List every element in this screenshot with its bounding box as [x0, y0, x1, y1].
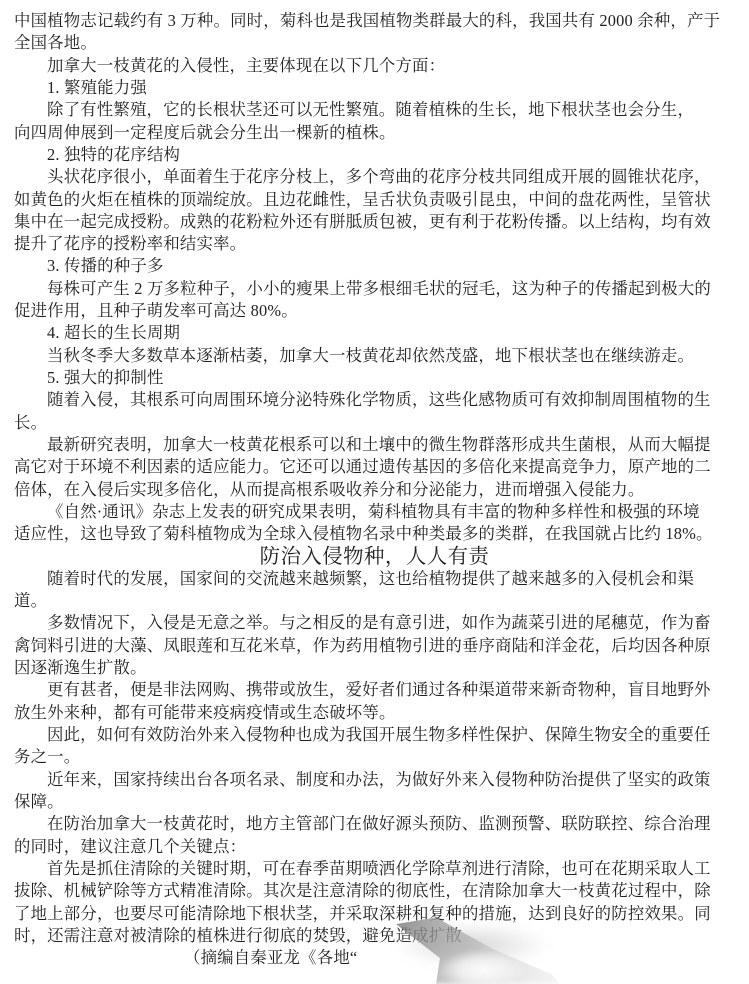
text-line: 保障。 [14, 791, 735, 813]
text-line: 因此，如何有效防治外来入侵物种也成为我国开展生物多样性保护、保障生物安全的重要任 [14, 724, 735, 746]
text-line: 适应性，这也导致了菊科植物成为全球入侵植物名录中种类最多的类群，在我国就占比约 … [14, 523, 735, 545]
text-line: 3. 传播的种子多 [14, 255, 735, 277]
text-line: 务之一。 [14, 746, 735, 768]
text-line: 每株可产生 2 万多粒种子，小小的瘦果上带多根细毛状的冠毛，这为种子的传播起到极… [14, 278, 735, 300]
text-line: 因逐渐逸生扩散。 [14, 657, 735, 679]
document-text: 中国植物志记载约有 3 万种。同时，菊科也是我国植物类群最大的科，我国共有 20… [14, 10, 735, 969]
text-line: 禽饲料引进的大藻、凤眼莲和互花米草，作为药用植物引进的垂序商陆和洋金花，后均因各… [14, 635, 735, 657]
text-line: 时，还需注意对被清除的植株进行彻底的焚毁，避免造成扩散 [14, 925, 735, 947]
text-line: 除了有性繁殖，它的长根状茎还可以无性繁殖。随着植株的生长，地下根状茎也会分生， [14, 99, 735, 121]
document-page: 中国植物志记载约有 3 万种。同时，菊科也是我国植物类群最大的科，我国共有 20… [0, 0, 749, 984]
text-line: 向四周伸展到一定程度后就会分生出一棵新的植株。 [14, 122, 735, 144]
text-line: 2. 独特的花序结构 [14, 144, 735, 166]
text-line: 拔除、机械铲除等方式精准清除。其次是注意清除的彻底性，在清除加拿大一枝黄花过程中… [14, 880, 735, 902]
text-line: 在防治加拿大一枝黄花时，地方主管部门在做好源头预防、监测预警、联防联控、综合治理 [14, 813, 735, 835]
text-line: 促进作用，且种子萌发率可高达 80%。 [14, 300, 735, 322]
text-line: 近年来，国家持续出台各项名录、制度和办法，为做好外来入侵物种防治提供了坚实的政策 [14, 769, 735, 791]
text-line: 4. 超长的生长周期 [14, 322, 735, 344]
text-line: 集中在一起完成授粉。成熟的花粉粒外还有胼胝质包被，更有利于花粉传播。以上结构，均… [14, 211, 735, 233]
attribution-line: （摘编自秦亚龙《各地“ [14, 947, 735, 969]
text-line: 更有甚者，便是非法网购、携带或放生，爱好者们通过各种渠道带来新奇物种，盲目地野外 [14, 679, 735, 701]
text-line: 倍体，在入侵后实现多倍化，从而提高根系吸收养分和分泌能力，进而增强入侵能力。 [14, 479, 735, 501]
text-line: 中国植物志记载约有 3 万种。同时，菊科也是我国植物类群最大的科，我国共有 20… [14, 10, 735, 32]
text-line: 道。 [14, 590, 735, 612]
text-line: 的同时，建议注意几个关键点： [14, 836, 735, 858]
text-line: 高它对于环境不利因素的适应能力。它还可以通过遗传基因的多倍化来提高竞争力，原产地… [14, 456, 735, 478]
text-line: 最新研究表明，加拿大一枝黄花根系可以和土壤中的微生物群落形成共生菌根，从而大幅提 [14, 434, 735, 456]
text-line: 全国各地。 [14, 32, 735, 54]
text-line: 5. 强大的抑制性 [14, 367, 735, 389]
text-line: 当秋冬季大多数草本逐渐枯萎，加拿大一枝黄花却依然茂盛，地下根状茎也在继续游走。 [14, 345, 735, 367]
text-line: 1. 繁殖能力强 [14, 77, 735, 99]
text-line: 多数情况下，入侵是无意之举。与之相反的是有意引进，如作为蔬菜引进的尾穗苋，作为畜 [14, 612, 735, 634]
text-line: 提升了花序的授粉率和结实率。 [14, 233, 735, 255]
text-line: 如黄色的火炬在植株的顶端绽放。且边花雌性，呈舌状负责吸引昆虫，中间的盘花两性，呈… [14, 189, 735, 211]
text-line: 加拿大一枝黄花的入侵性，主要体现在以下几个方面： [14, 55, 735, 77]
text-line: 长。 [14, 412, 735, 434]
text-line: 首先是抓住清除的关键时期，可在春季苗期喷洒化学除草剂进行清除，也可在花期采取人工 [14, 858, 735, 880]
text-line: 放生外来种，都有可能带来疫病疫情或生态破坏等。 [14, 702, 735, 724]
text-line: 了地上部分，也要尽可能清除地下根状茎，并采取深耕和复种的措施，达到良好的防控效果… [14, 903, 735, 925]
text-line: 头状花序很小，单面着生于花序分枝上，多个弯曲的花序分枝共同组成开展的圆锥状花序， [14, 166, 735, 188]
text-line: 随着入侵，其根系可向周围环境分泌特殊化学物质，这些化感物质可有效抑制周围植物的生 [14, 389, 735, 411]
text-line: 《自然·通讯》杂志上发表的研究成果表明，菊科植物具有丰富的物种多样性和极强的环境 [14, 501, 735, 523]
text-line: 随着时代的发展，国家间的交流越来越频繁，这也给植物提供了越来越多的入侵机会和渠 [14, 568, 735, 590]
section-heading: 防治入侵物种，人人有责 [14, 546, 735, 568]
